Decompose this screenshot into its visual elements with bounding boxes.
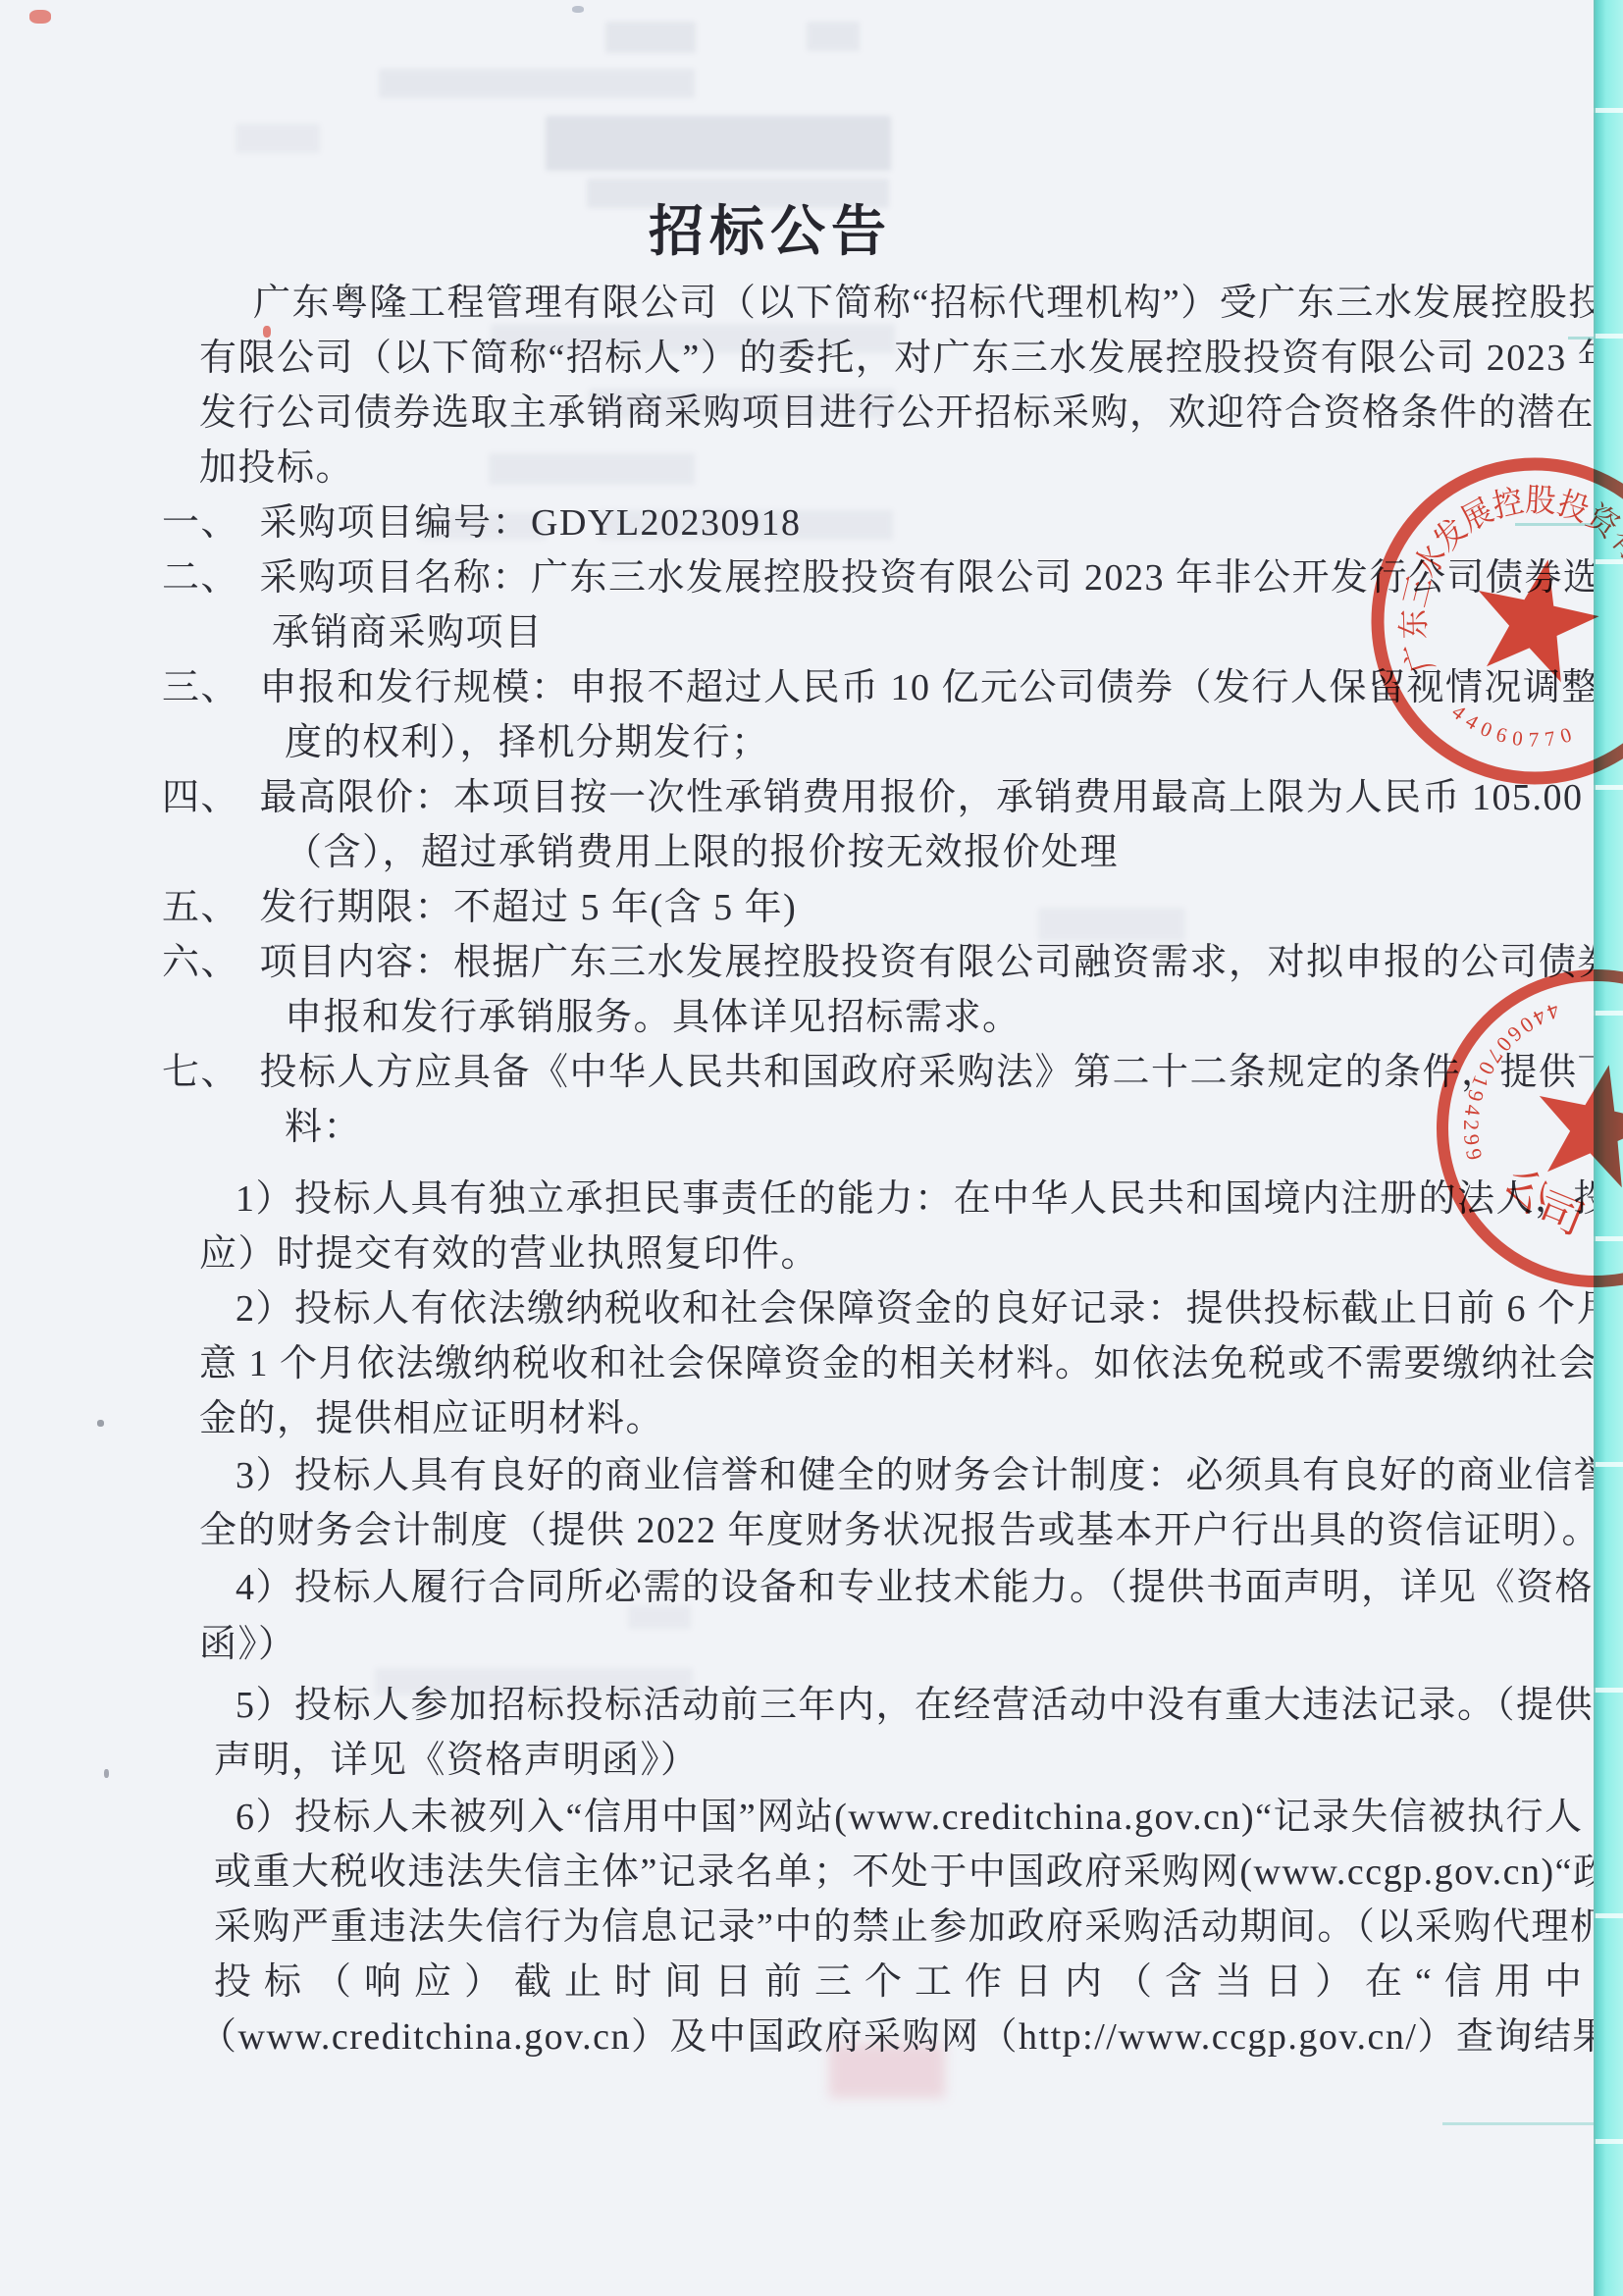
text-line: 或重大税收违法失信主体”记录名单；不处于中国政府采购网(www.ccgp.gov… bbox=[214, 1849, 1623, 1896]
text-line: 发行公司债券选取主承销商采购项目进行公开招标采购，欢迎符合资格条件的潜在投标人参 bbox=[199, 390, 1623, 437]
text-line: （含），超过承销费用上限的报价按无效报价处理 bbox=[285, 829, 1119, 876]
seal-serial-text: 4406070194299 bbox=[1459, 998, 1563, 1167]
text-line: 广东粤隆工程管理有限公司（以下简称“招标代理机构”）受广东三水发展控股投资 bbox=[253, 280, 1623, 327]
backing-rule-line bbox=[1568, 337, 1596, 339]
text-line: 声明，详见《资格声明函》） bbox=[214, 1737, 700, 1784]
bleed-through-artifact bbox=[807, 22, 860, 51]
scan-speck bbox=[104, 1769, 109, 1778]
text-line: 意 1 个月依法缴纳税收和社会保障资金的相关材料。如依法免税或不需要缴纳社会保障… bbox=[199, 1340, 1623, 1387]
scan-speck bbox=[572, 6, 584, 13]
text-line: 七、 投标人方应具备《中华人民共和国政府采购法》第二十二条规定的条件，提供下列材 bbox=[162, 1049, 1623, 1096]
scan-speck bbox=[29, 10, 51, 24]
company-seal-stamp-upper: 广东三水发展控股投资有限公司 44060770 bbox=[1368, 453, 1623, 793]
seal-star-icon bbox=[1479, 559, 1599, 682]
svg-text:4406070194299: 4406070194299 bbox=[1459, 998, 1563, 1167]
text-line: 4）投标人履行合同所必需的设备和专业技术能力。（提供书面声明，详见《资格声明 bbox=[236, 1564, 1623, 1611]
company-seal-stamp-lower: 4406070194299 广 公司 bbox=[1431, 966, 1623, 1300]
text-line: 2）投标人有依法缴纳税收和社会保障资金的良好记录：提供投标截止日前 6 个月内任 bbox=[236, 1285, 1623, 1332]
text-line: 申报和发行承销服务。具体详见招标需求。 bbox=[285, 994, 1021, 1041]
bleed-through-artifact bbox=[546, 116, 891, 171]
backing-rule-line bbox=[1442, 2122, 1596, 2125]
text-line: 金的，提供相应证明材料。 bbox=[199, 1395, 664, 1442]
seal-bottom-text: 公司 bbox=[1494, 1159, 1591, 1244]
text-line: 度的权利），择机分期发行； bbox=[285, 719, 770, 766]
text-line: 采购严重违法失信行为信息记录”中的禁止参加政府采购活动期间。（以采购代理机构于 bbox=[214, 1904, 1623, 1951]
text-line: 1）投标人具有独立承担民事责任的能力：在中华人民共和国境内注册的法人，投标（响 bbox=[236, 1175, 1623, 1223]
bleed-through-artifact bbox=[605, 22, 696, 53]
bleed-through-artifact bbox=[489, 453, 695, 485]
text-line: 函》） bbox=[199, 1621, 297, 1668]
text-line: 3）投标人具有良好的商业信誉和健全的财务会计制度：必须具有良好的商业信誉和健 bbox=[236, 1452, 1623, 1499]
svg-text:公司: 公司 bbox=[1494, 1159, 1591, 1244]
bleed-through-artifact bbox=[1038, 908, 1185, 941]
text-line: 一、 采购项目编号：GDYL20230918 bbox=[162, 499, 802, 547]
bleed-through-artifact bbox=[379, 69, 695, 98]
page-title: 招标公告 bbox=[162, 188, 1379, 267]
text-line: 投标（响应）截止时间日前三个工作日内（含当日）在“信用中国”网站 bbox=[214, 1958, 1623, 2006]
bleed-through-artifact bbox=[236, 124, 320, 153]
text-line: 加投标。 bbox=[199, 444, 354, 492]
text-line: （www.creditchina.gov.cn）及中国政府采购网（http://… bbox=[199, 2013, 1611, 2061]
text-line: 6）投标人未被列入“信用中国”网站(www.creditchina.gov.cn… bbox=[236, 1794, 1583, 1841]
scan-speck bbox=[263, 326, 271, 338]
text-line: 有限公司（以下简称“招标人”）的委托，对广东三水发展控股投资有限公司 2023 … bbox=[199, 335, 1623, 382]
text-line: 五、 发行期限：不超过 5 年(含 5 年) bbox=[162, 884, 797, 931]
text-line: 承销商采购项目 bbox=[272, 609, 544, 656]
text-line: 全的财务会计制度（提供 2022 年度财务状况报告或基本开户行出具的资信证明）。 bbox=[199, 1507, 1600, 1554]
seal-serial-text: 44060770 bbox=[1447, 700, 1581, 752]
svg-text:44060770: 44060770 bbox=[1447, 700, 1581, 752]
scanned-document-page: 招标公告 广东粤隆工程管理有限公司（以下简称“招标代理机构”）受广东三水发展控股… bbox=[0, 0, 1623, 2296]
text-line: 应）时提交有效的营业执照复印件。 bbox=[199, 1230, 819, 1278]
text-line: 5）投标人参加招标投标活动前三年内，在经营活动中没有重大违法记录。（提供书面 bbox=[236, 1682, 1623, 1729]
text-line: 料： bbox=[285, 1104, 362, 1151]
text-line: 六、 项目内容：根据广东三水发展控股投资有限公司融资需求，对拟申报的公司债券提供 bbox=[162, 939, 1623, 986]
seal-star-icon bbox=[1540, 1065, 1623, 1187]
scan-speck bbox=[97, 1420, 104, 1427]
